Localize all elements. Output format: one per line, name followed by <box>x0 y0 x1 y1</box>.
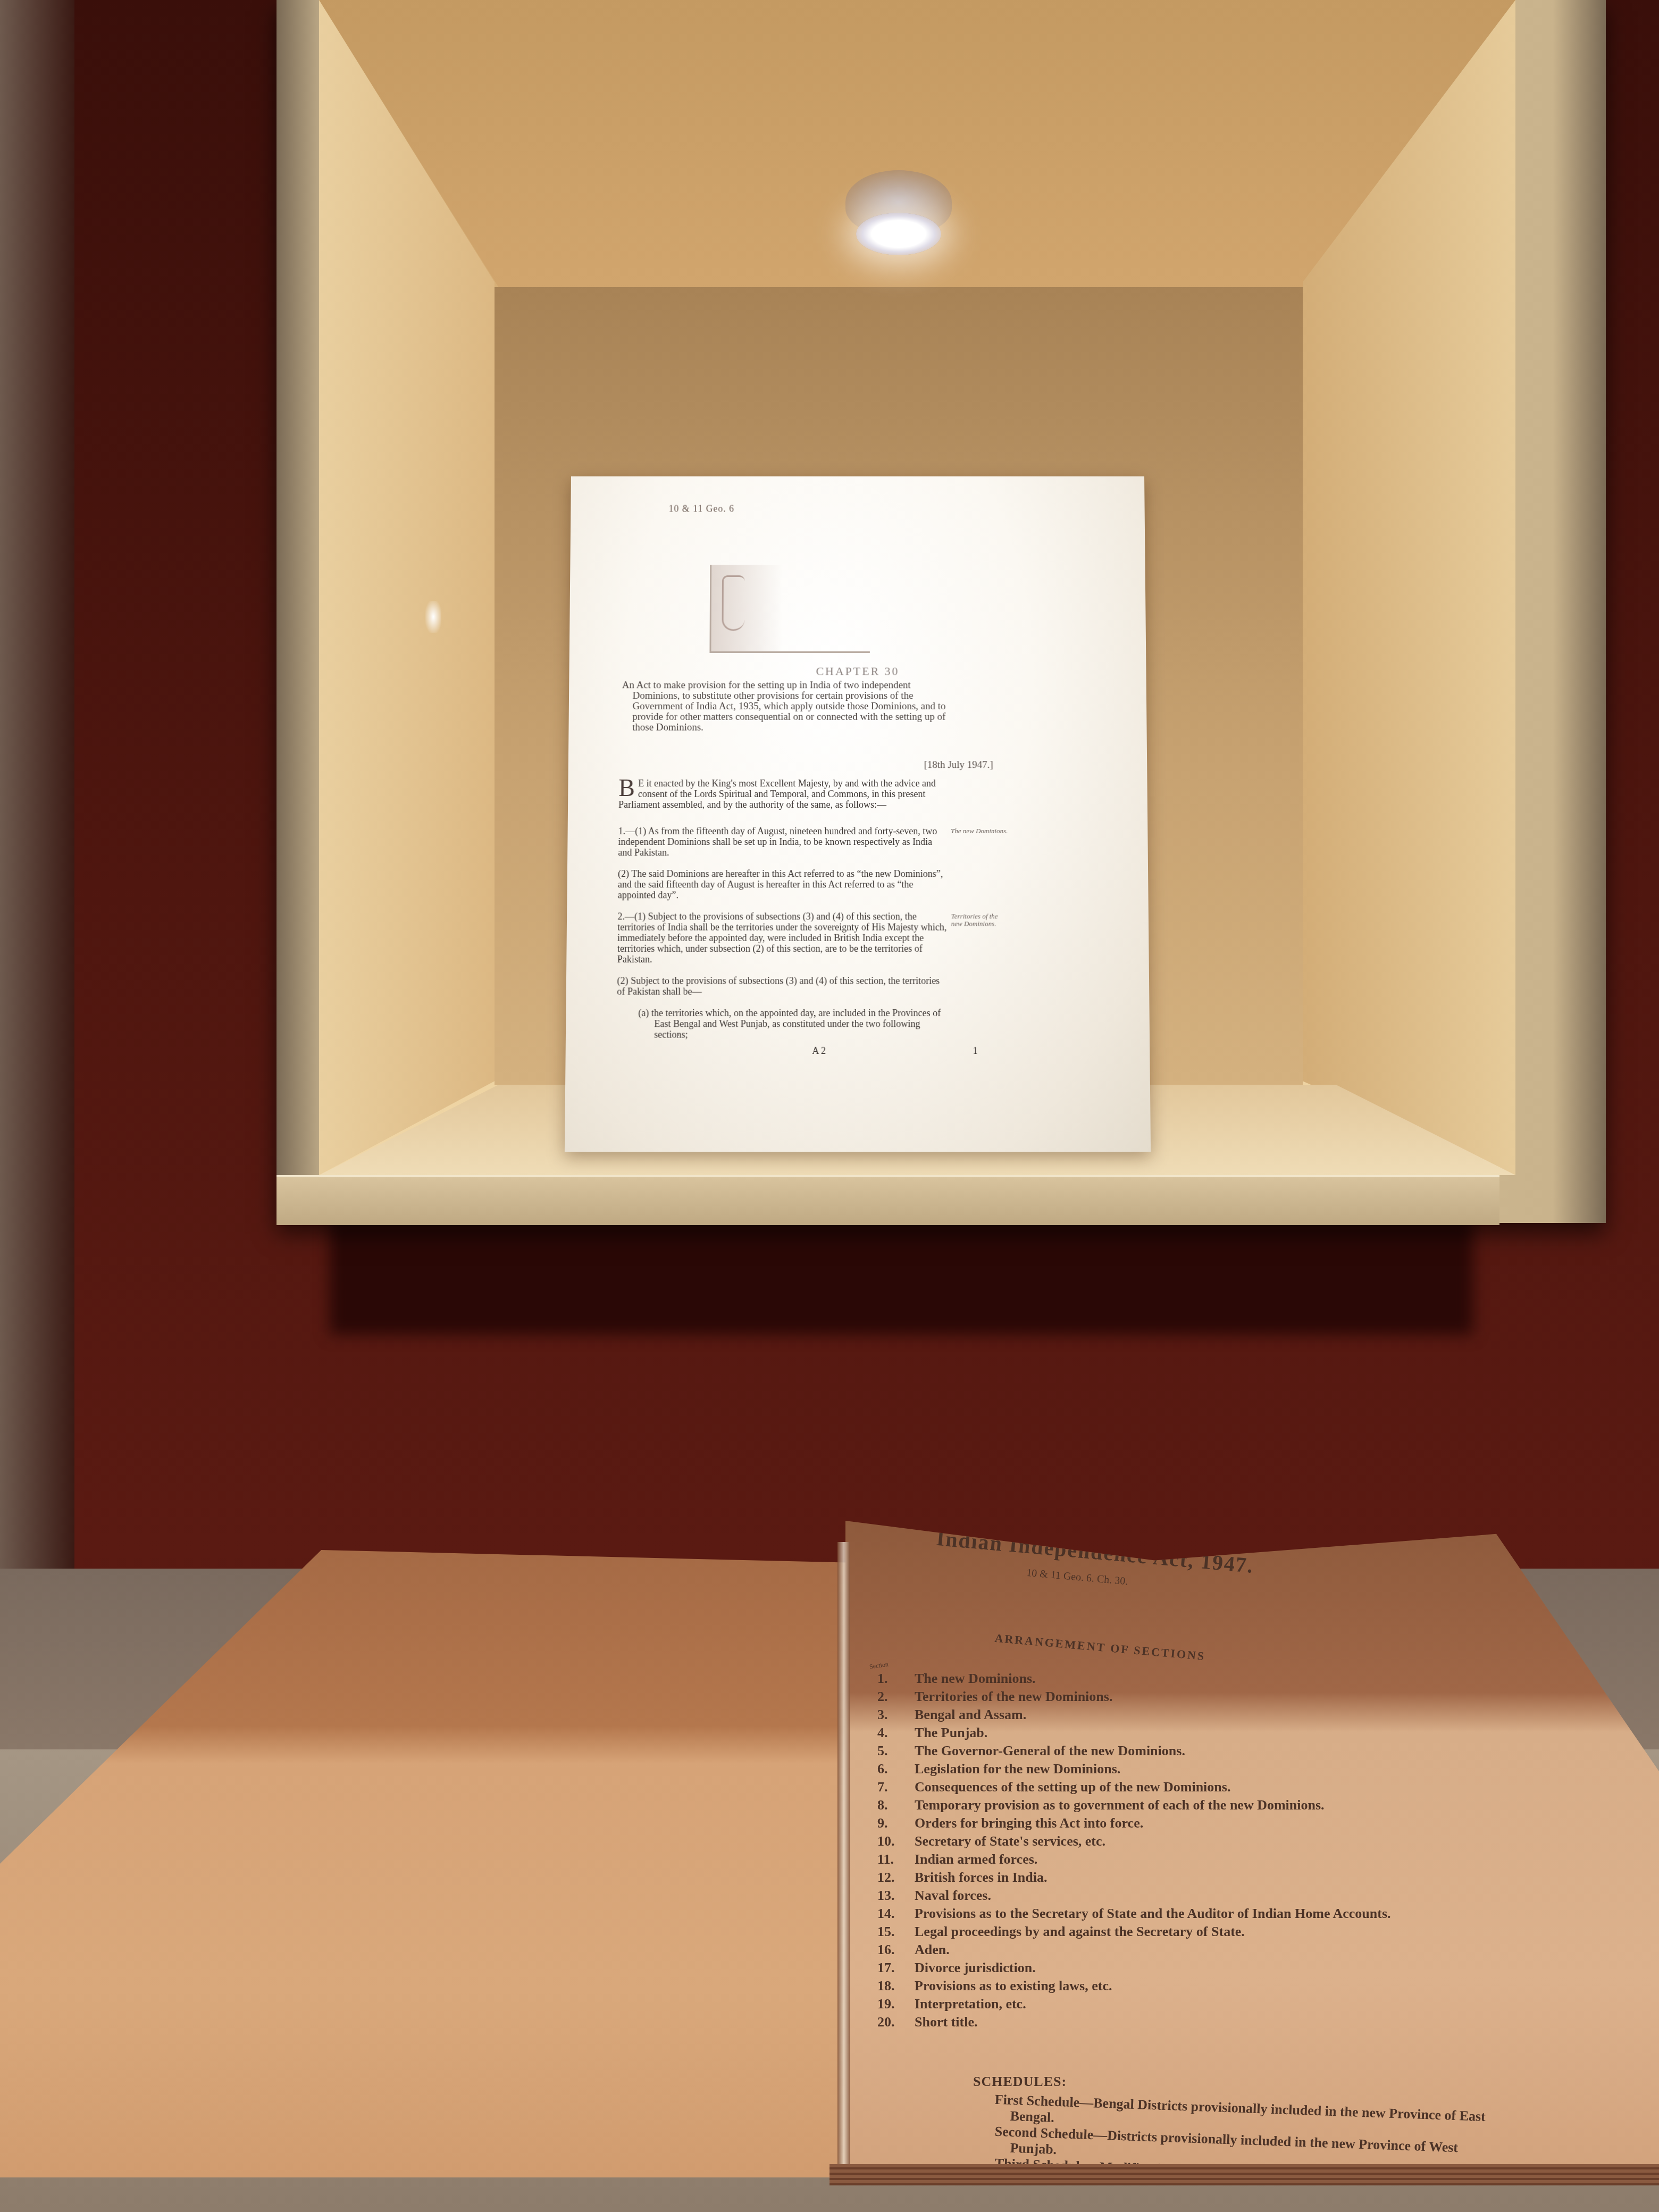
doc-section-2-2-a: (a) the territories which, on the appoin… <box>617 1008 954 1040</box>
margin-note: Territories of the new Dominions. <box>951 912 1010 927</box>
booklet-section-list: 1.The new Dominions. 2.Territories of th… <box>877 1670 1462 2031</box>
list-item: 4.The Punjab. <box>877 1724 1462 1742</box>
list-item: 10.Secretary of State's services, etc. <box>877 1832 1462 1850</box>
wall-left-edge <box>0 0 74 1755</box>
list-item: 16.Aden. <box>877 1941 1462 1959</box>
list-item: 2.Territories of the new Dominions. <box>877 1688 1462 1706</box>
doc-header: 10 & 11 Geo. 6 <box>668 504 734 515</box>
booklet-page-edges <box>829 2164 1659 2185</box>
list-item: 19.Interpretation, etc. <box>877 1995 1462 2013</box>
display-case-shadow <box>330 1218 1473 1335</box>
list-item: 18.Provisions as to existing laws, etc. <box>877 1977 1462 1995</box>
list-item: 7.Consequences of the setting up of the … <box>877 1778 1462 1796</box>
booklet-spine-stitching <box>837 1542 850 2180</box>
list-item: 14.Provisions as to the Secretary of Sta… <box>877 1905 1462 1923</box>
list-item: 6.Legislation for the new Dominions. <box>877 1760 1462 1778</box>
doc-section-1-2: (2) The said Dominions are hereafter in … <box>618 868 949 900</box>
spotlight-icon <box>856 213 941 255</box>
glass-glare <box>425 601 441 633</box>
doc-enacting-formula: B E it enacted by the King's most Excell… <box>618 778 948 810</box>
list-item: 11.Indian armed forces. <box>877 1850 1462 1869</box>
doc-signature-mark: A 2 <box>812 1045 826 1057</box>
list-item: 3.Bengal and Assam. <box>877 1706 1462 1724</box>
royal-crest-icon <box>709 565 869 653</box>
doc-section-2-1: 2.—(1) Subject to the provisions of subs… <box>617 911 949 965</box>
booklet-heading: ARRANGEMENT OF SECTIONS <box>994 1631 1206 1664</box>
doc-date: [18th July 1947.] <box>924 759 993 771</box>
framed-act-page: 10 & 11 Geo. 6 CHAPTER 30 An Act to make… <box>565 476 1151 1152</box>
dropcap: B <box>618 778 635 798</box>
doc-preamble: An Act to make provision for the setting… <box>622 680 956 733</box>
list-item: 5.The Governor-General of the new Domini… <box>877 1742 1462 1760</box>
margin-note: The new Dominions. <box>951 827 1009 835</box>
list-item: 12.British forces in India. <box>877 1869 1462 1887</box>
display-case-bottom-rail <box>276 1175 1499 1225</box>
list-item: 13.Naval forces. <box>877 1887 1462 1905</box>
list-item: 20.Short title. <box>877 2013 1462 2031</box>
list-item: 8.Temporary provision as to government o… <box>877 1796 1462 1814</box>
list-item: 15.Legal proceedings by and against the … <box>877 1923 1462 1941</box>
booklet-right-page: Indian Independence Act, 1947. 10 & 11 G… <box>845 1521 1659 2180</box>
enacting-text: E it enacted by the King's most Excellen… <box>618 778 936 810</box>
booklet-schedules-title: SCHEDULES: <box>973 2074 1067 2090</box>
doc-section-2-2: (2) Subject to the provisions of subsect… <box>617 975 949 996</box>
list-item: 17.Divorce jurisdiction. <box>877 1959 1462 1977</box>
list-item: 9.Orders for bringing this Act into forc… <box>877 1814 1462 1832</box>
doc-page-number: 1 <box>973 1045 978 1057</box>
doc-section-1-1: 1.—(1) As from the fifteenth day of Augu… <box>618 826 948 858</box>
booklet-subtitle: 10 & 11 Geo. 6. Ch. 30. <box>1026 1567 1128 1588</box>
list-item: 1.The new Dominions. <box>877 1670 1462 1688</box>
doc-chapter: CHAPTER 30 <box>569 665 1146 678</box>
